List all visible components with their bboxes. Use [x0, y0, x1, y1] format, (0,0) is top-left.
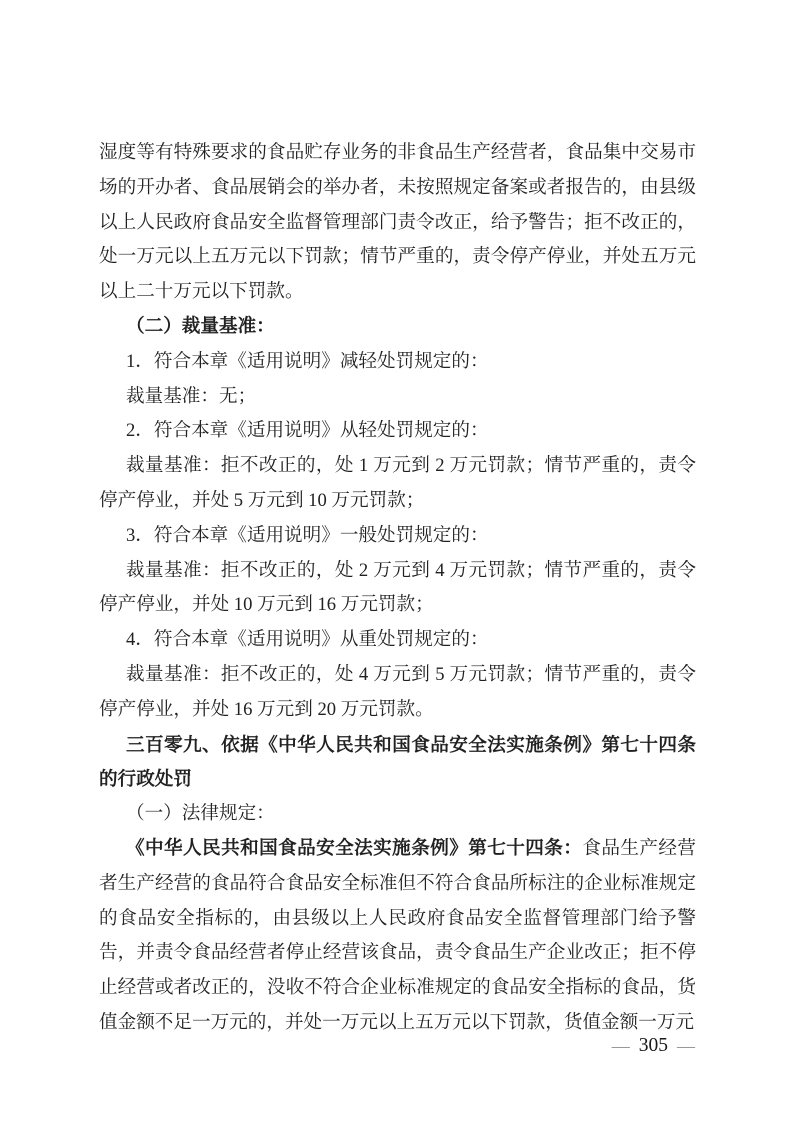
law-citation: 《中华人民共和国食品安全法实施条例》第七十四条： [126, 838, 582, 859]
law-paragraph: 《中华人民共和国食品安全法实施条例》第七十四条：食品生产经营者生产经营的食品符合… [99, 832, 696, 1041]
clause-item-3-basis: 裁量基准：拒不改正的，处 2 万元到 4 万元罚款；情节严重的，责令停产停业，并… [99, 554, 696, 624]
clause-item-1: 1．符合本章《适用说明》减轻处罚规定的： [99, 345, 696, 380]
document-page: 湿度等有特殊要求的食品贮存业务的非食品生产经营者，食品集中交易市场的开办者、食品… [0, 0, 793, 1122]
clause-item-2: 2．符合本章《适用说明》从轻处罚规定的： [99, 414, 696, 449]
clause-item-2-basis: 裁量基准：拒不改正的，处 1 万元到 2 万元罚款；情节严重的，责令停产停业，并… [99, 449, 696, 519]
subsection-heading-discretion: （二）裁量基准： [99, 310, 696, 345]
clause-item-3: 3．符合本章《适用说明》一般处罚规定的： [99, 519, 696, 554]
carryover-paragraph: 湿度等有特殊要求的食品贮存业务的非食品生产经营者，食品集中交易市场的开办者、食品… [99, 136, 696, 310]
clause-item-4-basis: 裁量基准：拒不改正的，处 4 万元到 5 万元罚款；情节严重的，责令停产停业，并… [99, 658, 696, 728]
subsection-heading-law: （一）法律规定： [99, 797, 696, 832]
section-heading-309: 三百零九、依据《中华人民共和国食品安全法实施条例》第七十四条的行政处罚 [99, 728, 696, 798]
law-text: 食品生产经营者生产经营的食品符合食品安全标准但不符合食品所标注的企业标准规定的食… [99, 838, 696, 1033]
page-body: 湿度等有特殊要求的食品贮存业务的非食品生产经营者，食品集中交易市场的开办者、食品… [99, 136, 696, 1041]
footer-dash-left: — [612, 1035, 630, 1057]
clause-item-4: 4．符合本章《适用说明》从重处罚规定的： [99, 623, 696, 658]
page-number: 305 [639, 1035, 668, 1057]
footer-dash-right: — [677, 1035, 695, 1057]
page-footer: — 305 — [612, 1035, 695, 1057]
clause-item-1-basis: 裁量基准：无； [99, 380, 696, 415]
